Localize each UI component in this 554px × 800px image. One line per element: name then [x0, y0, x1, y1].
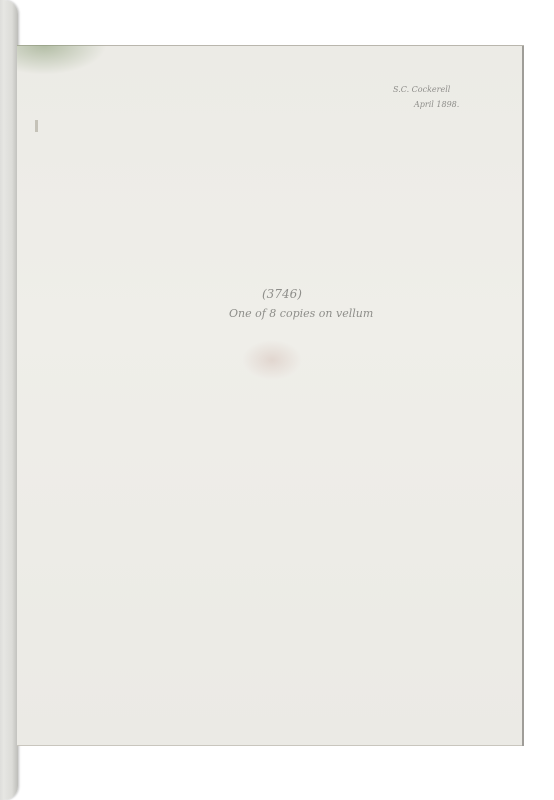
catalog-number: (3746) — [262, 287, 302, 301]
book-spine-edge — [0, 0, 18, 800]
page-stain — [17, 45, 107, 75]
page-foxing — [242, 340, 302, 380]
page-mark — [35, 120, 38, 132]
date-inscription: April 1898. — [414, 100, 459, 109]
signature-inscription: S.C. Cockerell — [393, 85, 450, 94]
book-page: S.C. Cockerell April 1898. (3746) One of… — [17, 45, 524, 746]
edition-note: One of 8 copies on vellum — [229, 307, 373, 320]
